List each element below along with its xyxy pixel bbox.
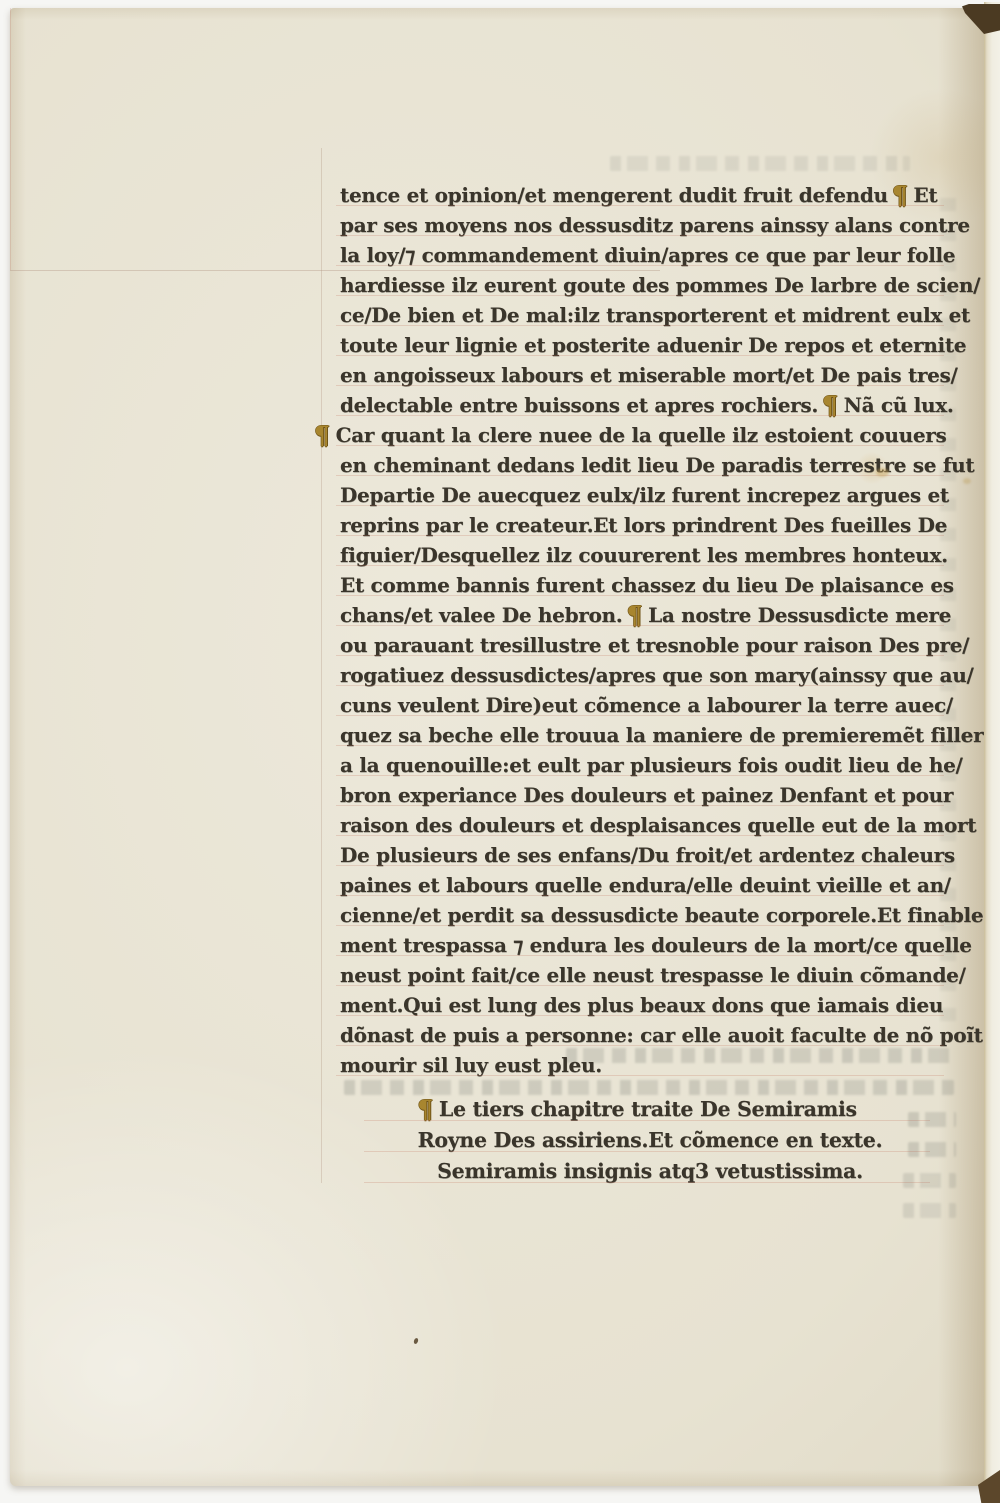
- line-text: Royne Des assiriens.Et cõmence en texte.: [418, 1128, 883, 1152]
- line-text: mourir sil luy eust pleu.: [340, 1053, 602, 1077]
- text-line: dõnast de puis a personne: car elle auoi…: [340, 1020, 946, 1050]
- text-line: Royne Des assiriens.Et cõmence en texte.: [368, 1125, 932, 1156]
- text-line: hardiesse ilz eurent goute des pommes De…: [340, 270, 946, 300]
- bleed-through-text: [344, 1080, 954, 1095]
- text-line: mourir sil luy eust pleu.: [340, 1050, 946, 1080]
- gold-pilcrow-mark: ¶: [622, 602, 648, 630]
- line-text: cuns veulent Dire)eut cõmence a labourer…: [340, 693, 953, 717]
- text-line: cuns veulent Dire)eut cõmence a labourer…: [340, 690, 946, 720]
- line-text: en angoisseux labours et miserable mort/…: [340, 363, 958, 387]
- parchment-stain: [963, 478, 971, 484]
- line-text: Nã cũ lux.: [844, 393, 954, 417]
- gold-pilcrow-mark: ¶: [818, 392, 844, 420]
- text-line: Departie De auecquez eulx/ilz furent inc…: [340, 480, 946, 510]
- text-line: De plusieurs de ses enfans/Du froit/et a…: [340, 840, 946, 870]
- line-text: Et: [913, 183, 937, 207]
- text-line: ment trespassa ⁊ endura les douleurs de …: [340, 930, 946, 960]
- text-line: Semiramis insignis atq3 vetustissima.: [368, 1156, 932, 1187]
- line-text: Et comme bannis furent chassez du lieu D…: [340, 573, 954, 597]
- margin-ruling-line-lower: [10, 8, 11, 270]
- facing-page-edge: [984, 2, 1000, 1503]
- bleed-through-text: [903, 1203, 956, 1218]
- line-text: ment.Qui est lung des plus beaux dons qu…: [340, 993, 943, 1017]
- line-text: raison des douleurs et desplaisances que…: [340, 813, 976, 837]
- text-line: en cheminant dedans ledit lieu De paradi…: [340, 450, 946, 480]
- text-line: la loy/⁊ commandement diuin/apres ce que…: [340, 240, 946, 270]
- line-text: bron experiance Des douleurs et painez D…: [340, 783, 953, 807]
- text-line: tence et opinion/et mengerent dudit frui…: [340, 180, 946, 210]
- parchment-stain: [876, 468, 889, 477]
- line-text: la loy/⁊ commandement diuin/apres ce que…: [340, 243, 955, 267]
- text-line: neust point fait/ce elle neust trespasse…: [340, 960, 946, 990]
- ink-speck: [413, 1337, 419, 1344]
- line-text: tence et opinion/et mengerent dudit frui…: [340, 183, 888, 207]
- line-text: De plusieurs de ses enfans/Du froit/et a…: [340, 843, 955, 867]
- line-text: quez sa beche elle trouua la maniere de …: [340, 723, 983, 747]
- line-text: par ses moyens nos dessusditz parens ain…: [340, 213, 970, 237]
- text-line: figuier/Desquellez ilz couurerent les me…: [340, 540, 946, 570]
- text-block: tence et opinion/et mengerent dudit frui…: [340, 180, 946, 1080]
- gold-pilcrow-mark: ¶: [314, 422, 336, 450]
- text-line: ¶Le tiers chapitre traite De Semiramis: [368, 1094, 932, 1125]
- text-line: toute leur lignie et posterite aduenir D…: [340, 330, 946, 360]
- line-text: paines et labours quelle endura/elle deu…: [340, 873, 951, 897]
- manuscript-page: tence et opinion/et mengerent dudit frui…: [10, 8, 984, 1486]
- text-line: quez sa beche elle trouua la maniere de …: [340, 720, 946, 750]
- line-text: chans/et valee De hebron.: [340, 603, 622, 627]
- line-text: dõnast de puis a personne: car elle auoi…: [340, 1023, 983, 1047]
- text-line: ment.Qui est lung des plus beaux dons qu…: [340, 990, 946, 1020]
- scan-photo: tence et opinion/et mengerent dudit frui…: [0, 0, 1000, 1503]
- text-line: reprins par le createur.Et lors prindren…: [340, 510, 946, 540]
- text-line: ou parauant tresillustre et tresnoble po…: [340, 630, 946, 660]
- line-text: a la quenouille:et eult par plusieurs fo…: [340, 753, 963, 777]
- line-text: toute leur lignie et posterite aduenir D…: [340, 333, 966, 357]
- text-line: paines et labours quelle endura/elle deu…: [340, 870, 946, 900]
- line-text: hardiesse ilz eurent goute des pommes De…: [340, 273, 980, 297]
- line-text: Car quant la clere nuee de la quelle ilz…: [336, 423, 947, 447]
- text-line: ce/De bien et De mal:ilz transporterent …: [340, 300, 946, 330]
- text-line: raison des douleurs et desplaisances que…: [340, 810, 946, 840]
- bleed-through-text: [610, 156, 910, 171]
- text-line: par ses moyens nos dessusditz parens ain…: [340, 210, 946, 240]
- text-line: ¶Car quant la clere nuee de la quelle il…: [340, 420, 946, 450]
- line-text: Le tiers chapitre traite De Semiramis: [439, 1097, 857, 1121]
- gold-pilcrow-mark: ¶: [888, 182, 914, 210]
- line-text: delectable entre buissons et apres rochi…: [340, 393, 818, 417]
- line-text: figuier/Desquellez ilz couurerent les me…: [340, 543, 948, 567]
- gold-pilcrow-mark: ¶: [417, 1096, 439, 1124]
- text-line: cienne/et perdit sa dessusdicte beaute c…: [340, 900, 946, 930]
- margin-ruling-line: [321, 148, 322, 1183]
- chapter-heading: ¶Le tiers chapitre traite De SemiramisRo…: [368, 1094, 932, 1187]
- line-text: La nostre Dessusdicte mere: [648, 603, 951, 627]
- line-text: cienne/et perdit sa dessusdicte beaute c…: [340, 903, 983, 927]
- text-line: delectable entre buissons et apres rochi…: [340, 390, 946, 420]
- text-line: en angoisseux labours et miserable mort/…: [340, 360, 946, 390]
- text-line: chans/et valee De hebron.¶La nostre Dess…: [340, 600, 946, 630]
- line-text: ment trespassa ⁊ endura les douleurs de …: [340, 933, 972, 957]
- line-text: neust point fait/ce elle neust trespasse…: [340, 963, 966, 987]
- line-text: ce/De bien et De mal:ilz transporterent …: [340, 303, 970, 327]
- text-line: Et comme bannis furent chassez du lieu D…: [340, 570, 946, 600]
- line-text: ou parauant tresillustre et tresnoble po…: [340, 633, 969, 657]
- line-text: reprins par le createur.Et lors prindren…: [340, 513, 947, 537]
- text-line: rogatiuez dessusdictes/apres que son mar…: [340, 660, 946, 690]
- line-text: Semiramis insignis atq3 vetustissima.: [437, 1159, 863, 1183]
- line-text: rogatiuez dessusdictes/apres que son mar…: [340, 663, 973, 687]
- line-text: Departie De auecquez eulx/ilz furent inc…: [340, 483, 949, 507]
- text-line: a la quenouille:et eult par plusieurs fo…: [340, 750, 946, 780]
- text-line: bron experiance Des douleurs et painez D…: [340, 780, 946, 810]
